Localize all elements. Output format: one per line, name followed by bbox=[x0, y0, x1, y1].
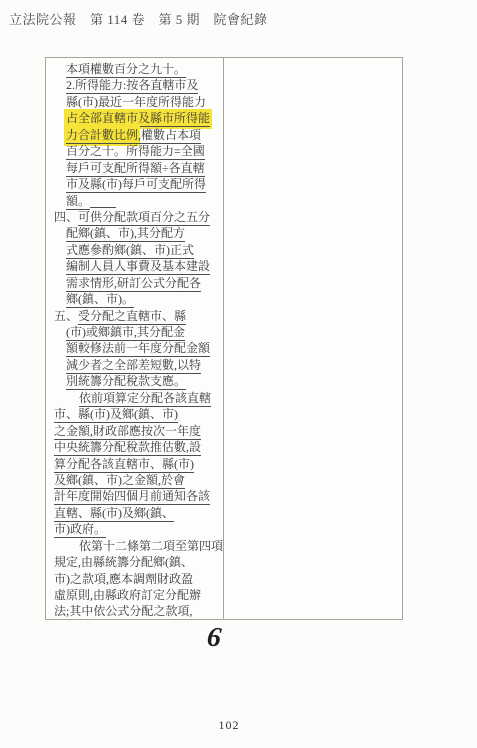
text-line: 式應參酌鄉(鎮、市)正式 bbox=[54, 242, 221, 258]
text-segment: 百分之十。所得能力=全國 bbox=[66, 144, 205, 160]
text-segment: ,權數占本項 bbox=[138, 128, 201, 144]
text-segment: 鄉(鎮、市)。 bbox=[66, 292, 134, 308]
text-line: 每戶可支配所得額÷各直轄 bbox=[54, 160, 221, 176]
text-line: 計年度開始四個月前通知各該 bbox=[54, 488, 221, 504]
text-line: 減少者之全部差短數,以特 bbox=[54, 357, 221, 373]
empty-column bbox=[224, 58, 402, 619]
highlighted-text: 力合計數比例 bbox=[66, 128, 138, 144]
text-line: 額。 bbox=[54, 193, 221, 209]
text-segment: 市及縣(市)每戶可支配所得 bbox=[66, 177, 206, 193]
text-segment: 法;其中依公式分配之款項, bbox=[54, 604, 192, 618]
text-segment: 可供分配款項百分之五分 bbox=[78, 210, 210, 226]
text-segment: 縣(市)最近一年度所得能力 bbox=[66, 95, 206, 111]
text-line: 市及縣(市)每戶可支配所得 bbox=[54, 176, 221, 192]
text-segment: 計年度開始四個月前通知各該 bbox=[54, 489, 210, 505]
text-line: 2.所得能力:按各直轄市及 bbox=[54, 77, 221, 93]
text-line: 依前項算定分配各該直轄 bbox=[54, 390, 221, 406]
text-line: 市)政府。 bbox=[54, 521, 221, 537]
text-line: 虛原則,由縣政府訂定分配辦 bbox=[54, 587, 221, 603]
text-segment: 中央統籌分配稅款推估數,設 bbox=[54, 440, 201, 456]
text-line: 市、縣(市)及鄉(鎮、市) bbox=[54, 406, 221, 422]
text-line: 配鄉(鎮、市),其分配方 bbox=[54, 225, 221, 241]
text-line: 四、可供分配款項百分之五分 bbox=[54, 209, 221, 225]
text-segment: 虛原則,由縣政府訂定分配辦 bbox=[54, 588, 201, 602]
page-number: 102 bbox=[194, 718, 264, 733]
text-line: 百分之十。所得能力=全國 bbox=[54, 143, 221, 159]
text-segment: 四、 bbox=[54, 210, 78, 224]
text-segment: 五、 bbox=[54, 309, 78, 323]
text-line: 中央統籌分配稅款推估數,設 bbox=[54, 439, 221, 455]
text-segment: 額。 bbox=[66, 194, 90, 210]
text-line: 額較修法前一年度分配金額 bbox=[54, 340, 221, 356]
text-segment: 減少者之全部差短數,以特 bbox=[66, 358, 201, 374]
text-segment: 2.所得能力:按各直轄市及 bbox=[66, 78, 198, 94]
text-line: 力合計數比例,權數占本項 bbox=[54, 127, 221, 143]
comparison-table: 本項權數百分之九十。2.所得能力:按各直轄市及縣(市)最近一年度所得能力占全部直… bbox=[45, 57, 403, 620]
text-segment: 市、縣(市)及鄉(鎮、市) bbox=[54, 407, 178, 423]
text-segment: 每戶可支配所得額÷各直轄 bbox=[66, 161, 205, 177]
text-line: 占全部直轄市及縣市所得能 bbox=[54, 110, 221, 126]
text-segment: 式應參酌鄉(鎮、市)正式 bbox=[66, 243, 194, 259]
highlighted-text: 占全部直轄市及縣市所得能 bbox=[66, 111, 210, 127]
text-line: 之金額,財政部應按次一年度 bbox=[54, 423, 221, 439]
text-segment: 依前項算定分配各該直轄 bbox=[79, 391, 211, 407]
text-line: 規定,由縣統籌分配鄉(鎮、 bbox=[54, 554, 221, 570]
amendment-column: 本項權數百分之九十。2.所得能力:按各直轄市及縣(市)最近一年度所得能力占全部直… bbox=[46, 58, 224, 619]
underline-extension bbox=[90, 196, 116, 208]
text-segment: 算分配各該直轄市、縣(市) bbox=[54, 457, 194, 473]
text-segment: 編制人員人事費及基本建設 bbox=[66, 259, 210, 275]
gazette-header: 立法院公報 第 114 卷 第 5 期 院會紀錄 bbox=[9, 9, 268, 28]
text-line: 縣(市)最近一年度所得能力 bbox=[54, 94, 221, 110]
text-segment: 配鄉(鎮、市),其分配方 bbox=[66, 226, 185, 242]
text-segment: 依第十二條第二項至第四項 bbox=[79, 539, 223, 553]
text-segment: 市)政府。 bbox=[54, 522, 106, 538]
text-segment: 需求情形,研訂公式分配各 bbox=[66, 276, 201, 292]
text-segment: 額較修法前一年度分配金額 bbox=[66, 341, 210, 357]
text-line: (市)或鄉鎮市,其分配金 bbox=[54, 324, 221, 340]
text-line: 市)之款項,應本調劑財政盈 bbox=[54, 571, 221, 587]
text-segment: (市)或鄉鎮市,其分配金 bbox=[66, 325, 185, 341]
text-line: 鄉(鎮、市)。 bbox=[54, 291, 221, 307]
text-line: 五、受分配之直轄市、縣 bbox=[54, 308, 221, 324]
handwritten-mark: 6 bbox=[205, 621, 222, 654]
text-line: 編制人員人事費及基本建設 bbox=[54, 258, 221, 274]
text-line: 別統籌分配稅款支應。 bbox=[54, 373, 221, 389]
text-line: 及鄉(鎮、市)之金額,於會 bbox=[54, 472, 221, 488]
text-line: 需求情形,研訂公式分配各 bbox=[54, 275, 221, 291]
text-line: 法;其中依公式分配之款項, bbox=[54, 603, 221, 619]
text-line: 本項權數百分之九十。 bbox=[54, 61, 221, 77]
text-segment: 規定,由縣統籌分配鄉(鎮、 bbox=[54, 555, 193, 569]
text-segment: 之金額,財政部應按次一年度 bbox=[54, 424, 201, 440]
text-segment: 市)之款項,應本調劑財政盈 bbox=[54, 572, 193, 586]
text-line: 直轄、縣(市)及鄉(鎮、 bbox=[54, 505, 221, 521]
text-segment: 受分配之直轄市、縣 bbox=[78, 309, 186, 325]
text-segment: 本項權數百分之九十。 bbox=[66, 62, 186, 78]
text-segment: 別統籌分配稅款支應。 bbox=[66, 374, 186, 390]
text-segment: 及鄉(鎮、市)之金額,於會 bbox=[54, 473, 185, 489]
text-line: 算分配各該直轄市、縣(市) bbox=[54, 456, 221, 472]
text-line: 依第十二條第二項至第四項 bbox=[54, 538, 221, 554]
text-segment: 直轄、縣(市)及鄉(鎮、 bbox=[54, 506, 174, 522]
